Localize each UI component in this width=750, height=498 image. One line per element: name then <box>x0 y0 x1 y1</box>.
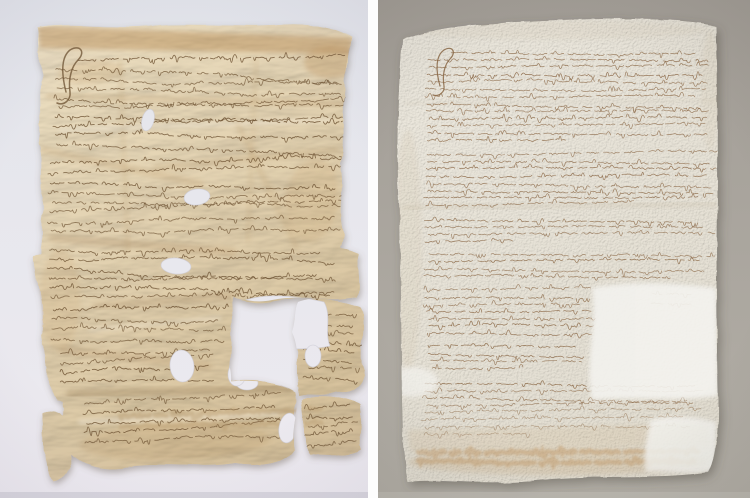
damaged-manuscript-photo <box>0 0 368 498</box>
restored-manuscript-illustration <box>378 0 750 498</box>
restored-manuscript-photo <box>378 0 750 498</box>
damaged-manuscript-illustration <box>0 0 368 498</box>
collage-divider <box>368 0 378 498</box>
before-after-collage <box>0 0 750 498</box>
